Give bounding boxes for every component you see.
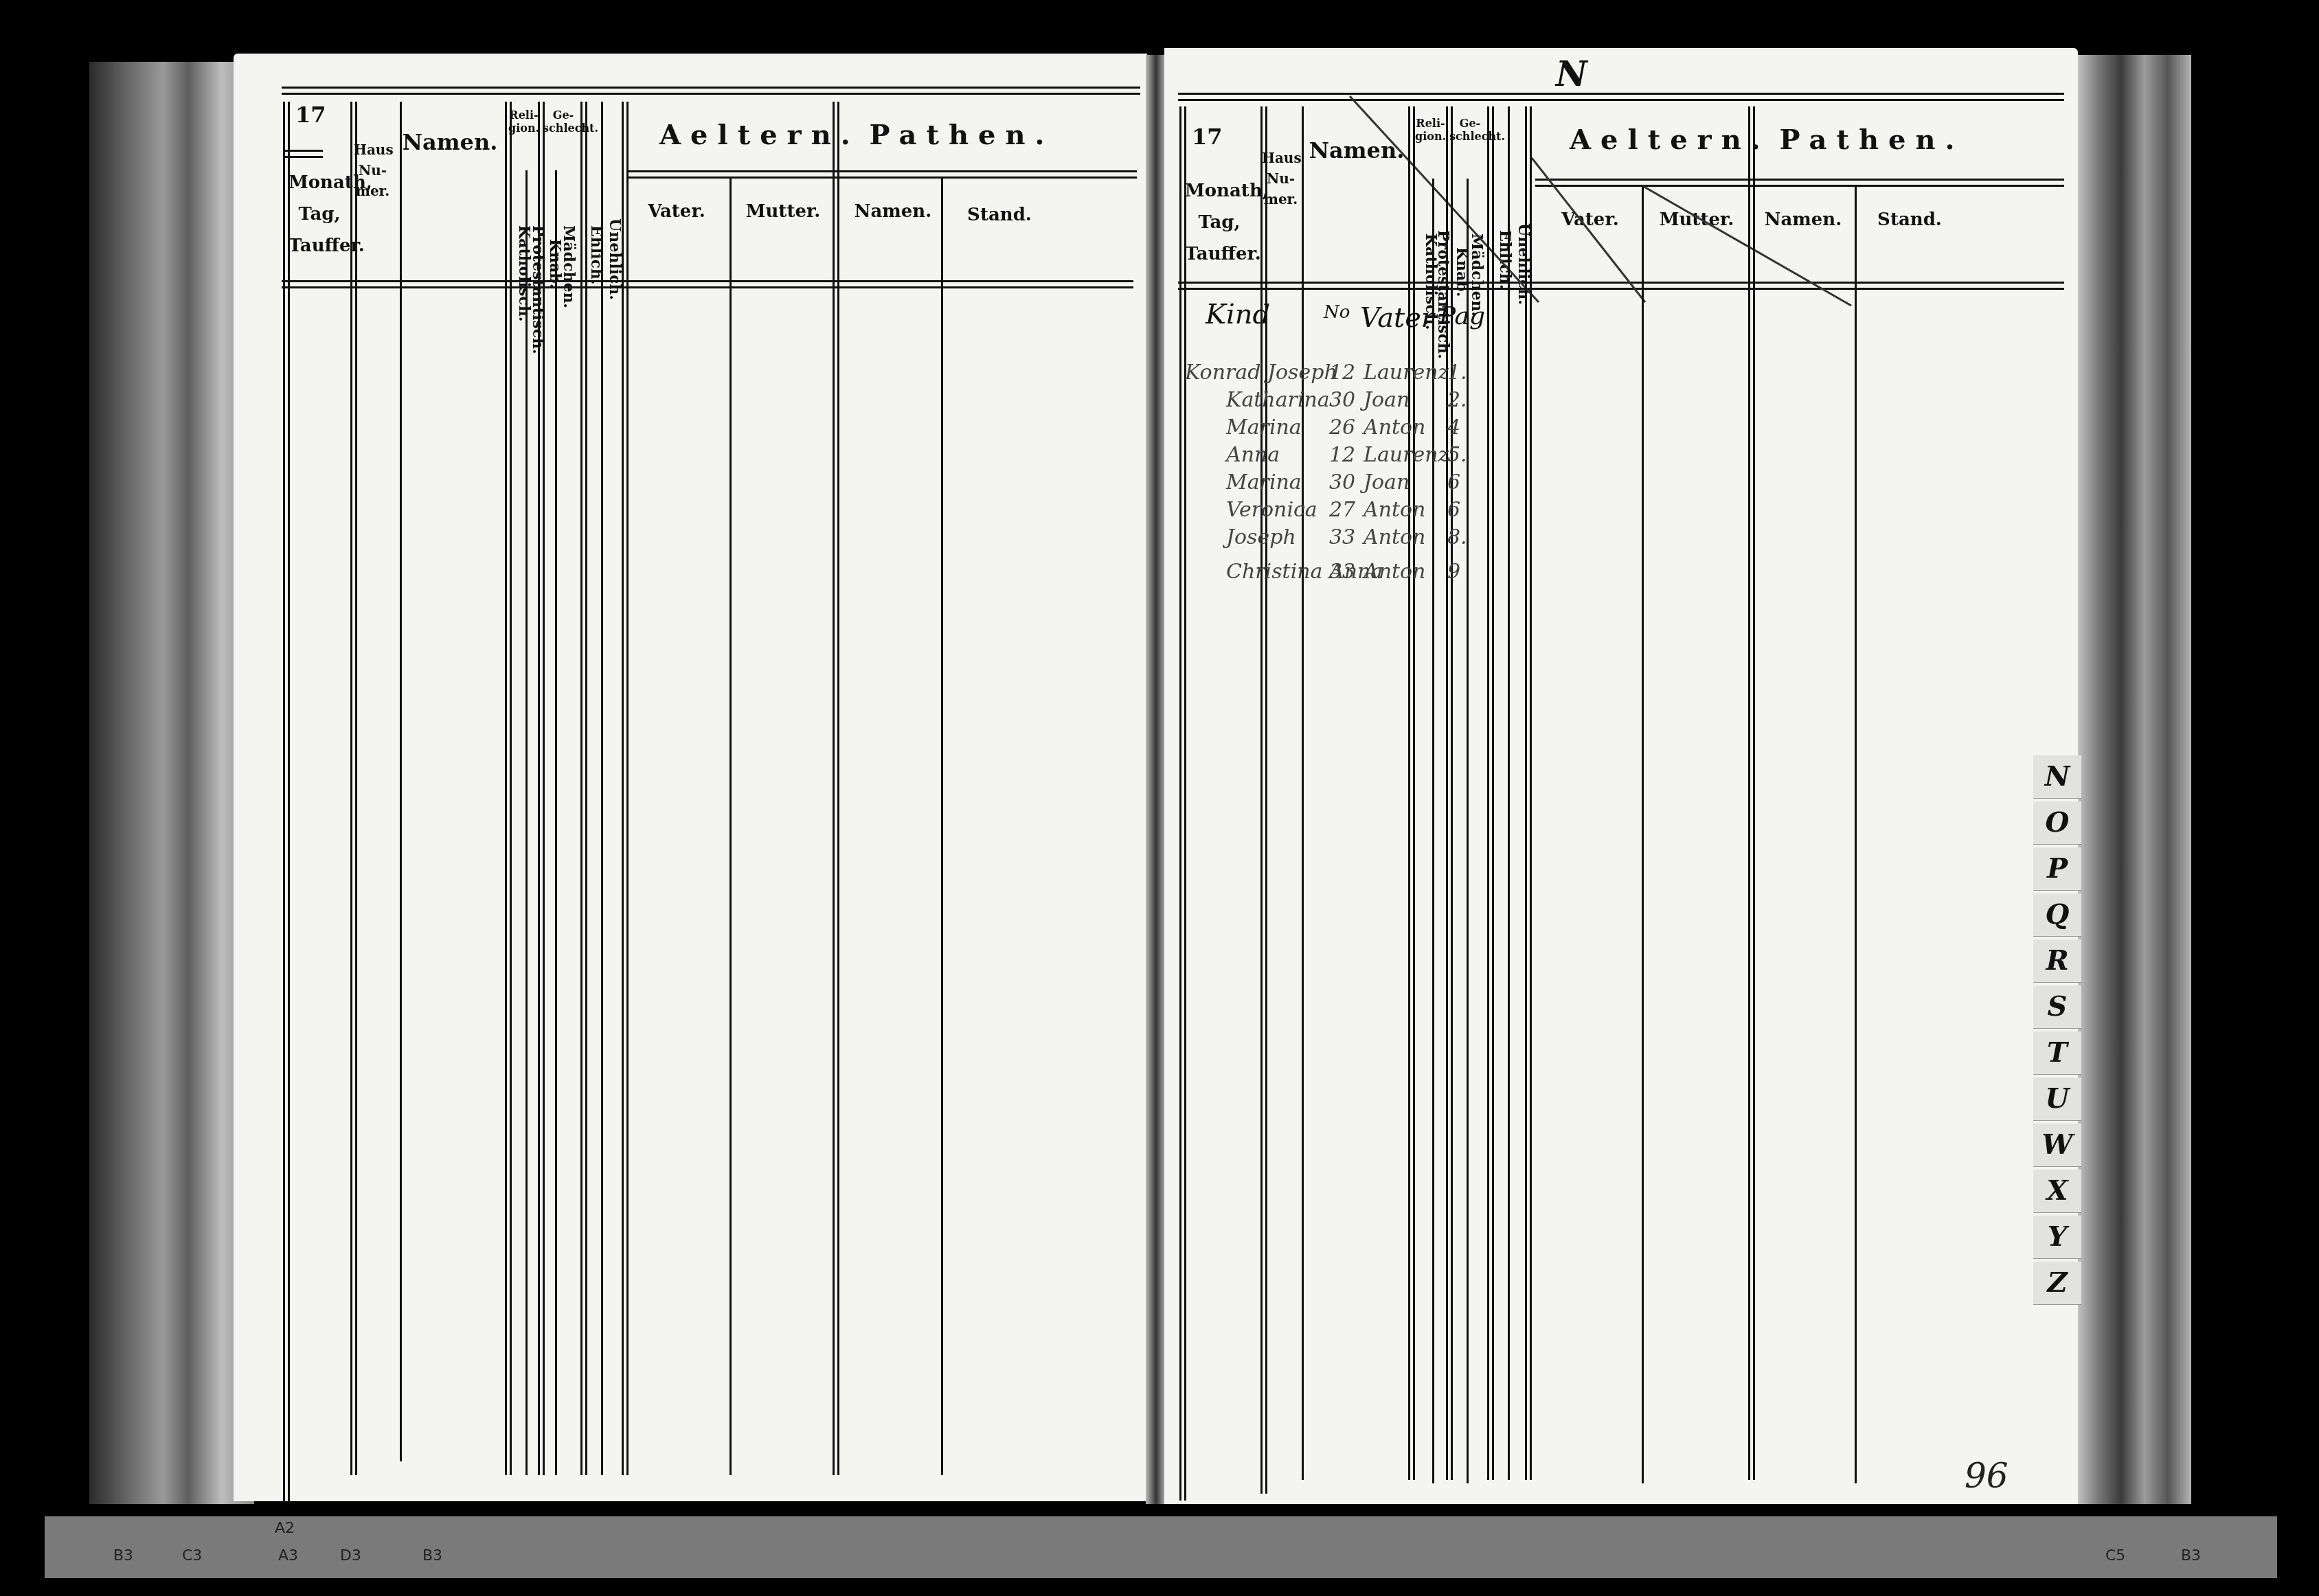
rule bbox=[629, 170, 1137, 179]
index-header-father: Vater bbox=[1360, 302, 1434, 334]
rule bbox=[282, 280, 1133, 288]
alphabet-tab-u[interactable]: U bbox=[2033, 1078, 2081, 1121]
rule bbox=[285, 150, 323, 158]
header-godparent-name: Namen. bbox=[841, 201, 944, 222]
index-father-name: Laurenz bbox=[1364, 361, 1449, 385]
col-line bbox=[833, 102, 839, 1475]
hdr-month: Monath, bbox=[289, 167, 350, 198]
header-date: Monath, Tag, Tauffer. bbox=[289, 167, 350, 262]
header-godparent-status: Stand. bbox=[948, 205, 1051, 225]
index-house-number: 33 bbox=[1329, 525, 1355, 549]
alphabet-tab-t[interactable]: T bbox=[2033, 1031, 2081, 1075]
index-father-name: Anton bbox=[1364, 525, 1425, 549]
alphabet-tab-s[interactable]: S bbox=[2033, 985, 2081, 1029]
index-house-number: 12 bbox=[1329, 443, 1355, 467]
index-header-number: No bbox=[1324, 302, 1350, 323]
header-godparents: Pathen. bbox=[866, 119, 1058, 151]
col-line bbox=[1302, 106, 1304, 1480]
col-line bbox=[601, 102, 603, 1475]
page-number: 17 bbox=[295, 102, 326, 128]
header-name: Namen. bbox=[402, 129, 498, 155]
col-line bbox=[1748, 106, 1755, 1480]
scale-label: B3 bbox=[2181, 1547, 2201, 1564]
header-parents: Aeltern. bbox=[659, 119, 852, 151]
header-girl: Mädchen. bbox=[560, 225, 578, 308]
index-child-name: Veronica bbox=[1226, 498, 1317, 522]
col-line bbox=[555, 170, 557, 1475]
index-child-name: Katharina bbox=[1226, 388, 1330, 412]
scale-bar: B3C3A2A3D3B3 C5B3 bbox=[45, 1516, 2277, 1578]
index-father-name: Anton bbox=[1364, 415, 1425, 440]
index-page-ref: 9 bbox=[1447, 560, 1460, 584]
index-page-ref: 2. bbox=[1447, 388, 1467, 412]
col-line bbox=[1508, 106, 1510, 1480]
index-page-ref: 4 bbox=[1447, 415, 1460, 440]
header-religion: Reli-gion. bbox=[508, 109, 539, 135]
col-line bbox=[729, 177, 732, 1475]
col-line bbox=[1855, 185, 1857, 1483]
alphabet-tab-o[interactable]: O bbox=[2033, 801, 2081, 845]
header-mother: Mutter. bbox=[732, 201, 835, 222]
col-line bbox=[505, 102, 512, 1475]
left-page: 17 Monath, Tag, Tauffer. Haus Nu- mer. N… bbox=[234, 54, 1147, 1501]
col-line bbox=[400, 102, 402, 1461]
index-page-ref: 5. bbox=[1447, 443, 1467, 467]
index-father-name: Laurenz bbox=[1364, 443, 1449, 467]
col-line bbox=[1179, 106, 1186, 1501]
scale-label: D3 bbox=[340, 1547, 361, 1564]
header-sex: Ge-schlecht. bbox=[543, 109, 584, 135]
header-house: Haus Nu- mer. bbox=[354, 139, 392, 201]
alphabet-tab-z[interactable]: Z bbox=[2033, 1262, 2081, 1305]
book-edge-left bbox=[89, 62, 254, 1504]
col-line bbox=[350, 102, 357, 1475]
hdr-tauffer: Tauffer. bbox=[289, 230, 350, 262]
scale-label: A3 bbox=[278, 1547, 298, 1564]
col-line bbox=[1487, 106, 1494, 1480]
top-rule bbox=[282, 87, 1140, 95]
book-gutter bbox=[1146, 55, 1166, 1504]
index-house-number: 33 bbox=[1329, 560, 1355, 584]
alphabet-tab-y[interactable]: Y bbox=[2033, 1216, 2081, 1259]
index-child-name: Marina bbox=[1226, 415, 1302, 440]
folio-number: 96 bbox=[1965, 1456, 2009, 1496]
index-house-number: 27 bbox=[1329, 498, 1355, 522]
index-house-number: 30 bbox=[1329, 470, 1355, 494]
right-page: N 17 Monath, Tag, Tauffer. Haus Nu- mer.… bbox=[1164, 48, 2078, 1504]
header-father: Vater. bbox=[625, 201, 728, 222]
hdr-mer: mer. bbox=[354, 181, 392, 201]
index-house-number: 30 bbox=[1329, 388, 1355, 412]
index-header-child: Kind bbox=[1206, 299, 1270, 330]
alphabet-tab-q[interactable]: Q bbox=[2033, 893, 2081, 937]
scale-label: B3 bbox=[422, 1547, 442, 1564]
alphabet-tab-r[interactable]: R bbox=[2033, 939, 2081, 983]
index-child-name: Joseph bbox=[1226, 525, 1296, 549]
book-edge-right bbox=[2074, 55, 2191, 1504]
col-line bbox=[538, 102, 545, 1475]
col-line bbox=[580, 102, 587, 1475]
index-page-ref: 8. bbox=[1447, 525, 1467, 549]
index-child-name: Christina Anna bbox=[1226, 560, 1383, 584]
index-page-ref: 1. bbox=[1447, 361, 1467, 385]
index-house-number: 26 bbox=[1329, 415, 1355, 440]
col-line bbox=[622, 102, 629, 1475]
col-line bbox=[283, 102, 290, 1503]
alphabet-tab-p[interactable]: P bbox=[2033, 847, 2081, 891]
index-page-ref: 6 bbox=[1447, 470, 1460, 494]
hdr-haus: Haus bbox=[354, 139, 392, 160]
index-header-page: Pag bbox=[1439, 302, 1485, 330]
scale-label: C5 bbox=[2105, 1547, 2125, 1564]
scale-label: B3 bbox=[113, 1547, 133, 1564]
index-father-name: Anton bbox=[1364, 498, 1425, 522]
alphabet-tab-w[interactable]: W bbox=[2033, 1124, 2081, 1167]
hdr-nu: Nu- bbox=[354, 160, 392, 181]
col-line bbox=[941, 177, 943, 1475]
index-house-number: 12 bbox=[1329, 361, 1355, 385]
index-father-name: Anton bbox=[1364, 560, 1425, 584]
alphabet-tab-x[interactable]: X bbox=[2033, 1170, 2081, 1213]
alphabet-tab-n[interactable]: N bbox=[2033, 755, 2081, 799]
index-child-name: Anna bbox=[1226, 443, 1280, 467]
col-line bbox=[525, 170, 528, 1475]
index-child-name: Marina bbox=[1226, 470, 1302, 494]
index-father-name: Joan bbox=[1364, 470, 1410, 494]
hdr-day: Tag, bbox=[289, 198, 350, 230]
index-child-name: Konrad Joseph bbox=[1185, 361, 1337, 385]
scale-label: C3 bbox=[182, 1547, 202, 1564]
index-page-ref: 6 bbox=[1447, 498, 1460, 522]
col-line bbox=[1525, 106, 1532, 1480]
col-line bbox=[1642, 185, 1644, 1483]
scale-label: A2 bbox=[275, 1520, 295, 1537]
index-father-name: Joan bbox=[1364, 388, 1410, 412]
